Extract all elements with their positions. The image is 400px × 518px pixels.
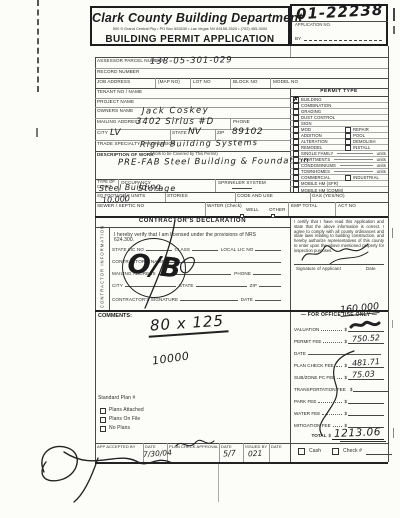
permit-type-label: SIGN: [301, 121, 312, 126]
issued-by-value: 021: [248, 449, 263, 459]
units-suffix-label: units: [377, 157, 386, 162]
model-no-label: MODEL NO: [273, 79, 298, 84]
fee-line: PERMIT FEE $ 750.52: [294, 332, 384, 344]
permit-type-label: ALTERATION: [301, 139, 343, 144]
permit-type-label: MOD: [301, 127, 343, 132]
department-address: 500 S Grand Central Pky • PO Box 553530 …: [92, 26, 288, 31]
permit-type-label: COMMERCIAL: [301, 175, 343, 180]
gas-label: GAS (YES/NO): [312, 193, 345, 198]
scan-artifact-right-tick1: [393, 8, 395, 21]
permit-type-title: PERMIT TYPE: [290, 88, 388, 97]
by-label: BY: [295, 36, 301, 41]
fee-line: VALUATION $: [294, 320, 384, 332]
checkbox-industrial: [345, 175, 351, 181]
record-number-label: RECORD NUMBER: [97, 69, 139, 74]
dollar-sign: $: [344, 339, 347, 344]
form-title: BUILDING PERMIT APPLICATION: [92, 34, 288, 45]
comments-label: COMMENTS:: [98, 313, 132, 319]
act-no-label: ACT NO: [338, 203, 356, 208]
description-value: PRE-FAB Steel Building & Foundation: [118, 156, 310, 168]
other-label: OTHER: [269, 207, 286, 212]
permit-type-label: APARTMENTS: [301, 157, 330, 162]
state-value: NV: [188, 127, 201, 137]
occupancy-value: Storage: [138, 184, 176, 193]
cash-label: Cash: [309, 449, 321, 454]
applicant-date-label: Date: [366, 266, 376, 271]
dollar-sign: $: [328, 433, 331, 438]
comments-dimensions-note: 80 x 125: [147, 311, 228, 338]
units-label: # UNITS: [127, 193, 145, 198]
permit-type-label: POOL: [353, 133, 365, 138]
plan-option-label: Plans Attached: [109, 408, 144, 413]
total-label: TOTAL: [312, 433, 327, 438]
total-value: 1213.06: [334, 426, 381, 440]
fee-label: PERMIT FEE: [294, 339, 321, 344]
owners-name-value: Jack Coskey: [142, 105, 209, 116]
scan-artifact-right-tick3: [392, 228, 393, 238]
well-label: WELL: [246, 207, 259, 212]
checkbox-check: [332, 448, 339, 455]
stories-label: STORIES: [167, 193, 188, 198]
zip-value: 89102: [232, 127, 263, 137]
permit-type-label: DUST CONTROL: [301, 115, 335, 120]
apn-value: 138-05-301-029: [150, 55, 233, 66]
valuation-value-box: [348, 320, 384, 332]
permit-type-label: REMODEL: [301, 145, 343, 150]
standard-plan-label: Standard Plan #: [98, 396, 135, 401]
dollar-sign: $: [344, 327, 347, 332]
permit-type-label: MOBILE HM (COMM): [301, 188, 343, 193]
plan-option-label: Plans On File: [109, 417, 140, 422]
valuation-scribble: [348, 320, 384, 331]
accepted-by-signature-scribble: [30, 432, 240, 507]
job-address-label: JOB ADDRESS: [97, 79, 130, 84]
phone-label: PHONE: [233, 119, 250, 124]
checkbox-no-plans: [100, 426, 106, 432]
fee-label: VALUATION: [294, 327, 319, 332]
comments-amount-note: 10000: [151, 349, 190, 367]
application-number-box: 01-22238 APPLICATION NO. BY: [290, 4, 388, 46]
state-label: STATE: [172, 130, 187, 135]
applicant-signature-scribble: [296, 238, 380, 266]
permit-type-label: ADDITION: [301, 133, 343, 138]
permit-type-label: REPAIR: [353, 127, 369, 132]
tenant-label: TENANT NO / NAME: [97, 89, 142, 94]
lot-no-label: LOT NO: [193, 79, 211, 84]
project-name-label: PROJECT NAME: [97, 99, 134, 104]
checkbox-mobile-hm-sfr: [293, 181, 299, 187]
sewer-septic-label: SEWER / SEPTIC NO: [97, 203, 144, 208]
permit-type-label: INSTALL: [353, 145, 370, 150]
header-box: Clark County Building Department 500 S G…: [90, 6, 290, 46]
checkbox-plans-attached: [100, 408, 106, 414]
city-value: LV: [110, 128, 121, 138]
permit-type-label: GRADING: [301, 109, 321, 114]
map-no-label: (MAP NO): [158, 79, 180, 84]
units-suffix-label: units: [377, 169, 386, 174]
emp-total-label: EMP TOTAL: [291, 203, 317, 208]
scan-artifact-right-tick2: [393, 26, 395, 34]
permit-type-label: BUILDING: [301, 97, 322, 102]
permit-type-label: DEMOLISH: [353, 139, 376, 144]
check-number-label: Check #: [343, 449, 362, 454]
checkbox-cash: [298, 448, 305, 455]
block-no-label: BLOCK NO: [233, 79, 258, 84]
plan-option: Plans On File: [100, 415, 144, 424]
zip-label: ZIP: [217, 130, 224, 135]
permit-type-label: TOWNHOMES: [301, 169, 330, 174]
owners-name-label: OWNERS NAME: [97, 108, 133, 113]
checkbox-plans-on-file: [100, 417, 106, 423]
trade-value: Rigid Building Systems: [140, 138, 258, 149]
sprinkler-label: SPRINKLER SYSTEM: [218, 180, 266, 185]
permit-type-panel: PERMIT TYPE ✗ BUILDING COMBINATION GRADI…: [290, 88, 388, 192]
application-number-label: APPLICATION NO.: [295, 23, 331, 28]
checkbox-install: [345, 145, 351, 151]
permit-fee-value: 750.52: [352, 333, 380, 343]
description-label: DESCRIPTION OF WORK: [97, 152, 154, 157]
permit-type-label: COMBINATION: [301, 103, 331, 108]
mailing-address-label: MAILING ADDRESS: [97, 119, 141, 124]
total-row: TOTAL $ 1213.06: [294, 426, 384, 440]
units-suffix-label: units: [377, 151, 386, 156]
department-title: Clark County Building Department: [92, 11, 288, 25]
owner-builder-slash-scribble: [95, 216, 290, 312]
city-label: CITY: [97, 130, 108, 135]
scan-artifact-right-tick5: [393, 428, 394, 438]
date-label-3: DATE: [271, 444, 282, 449]
plan-option: Plans Attached: [100, 406, 144, 415]
permit-type-label: MOBILE HM (SFR): [301, 181, 338, 186]
by-line: [304, 40, 382, 41]
payment-cash-option: Cash: [298, 448, 321, 455]
mailing-address-value: 3402 Sirius #D: [136, 117, 214, 127]
water-label: WATER (Check): [207, 203, 242, 208]
checkbox-mobile-hm-comm: [293, 187, 299, 193]
units-suffix-label: units: [377, 163, 386, 168]
permit-application-form: Clark County Building Department 500 S G…: [0, 0, 400, 518]
scan-artifact-right-tick4: [392, 320, 393, 328]
code-and-use-label: CODE AND USE: [237, 193, 273, 198]
permit-type-label: CONDOMINIUMS: [301, 163, 336, 168]
applicant-signature-label: Signature of Applicant: [296, 266, 341, 271]
permit-type-item: MOBILE HM (COMM): [290, 187, 388, 193]
permit-type-label: INDUSTRIAL: [353, 175, 379, 180]
application-number-value: 01-22238: [296, 1, 384, 24]
plan-option-label: No Plans: [109, 426, 130, 431]
scan-artifact-left-dash2: [36, 128, 38, 137]
scan-artifact-left-dashes: [37, 0, 39, 92]
payment-check-option: Check #: [332, 448, 392, 455]
permit-type-label: SINGLE FAMILY: [301, 151, 333, 156]
